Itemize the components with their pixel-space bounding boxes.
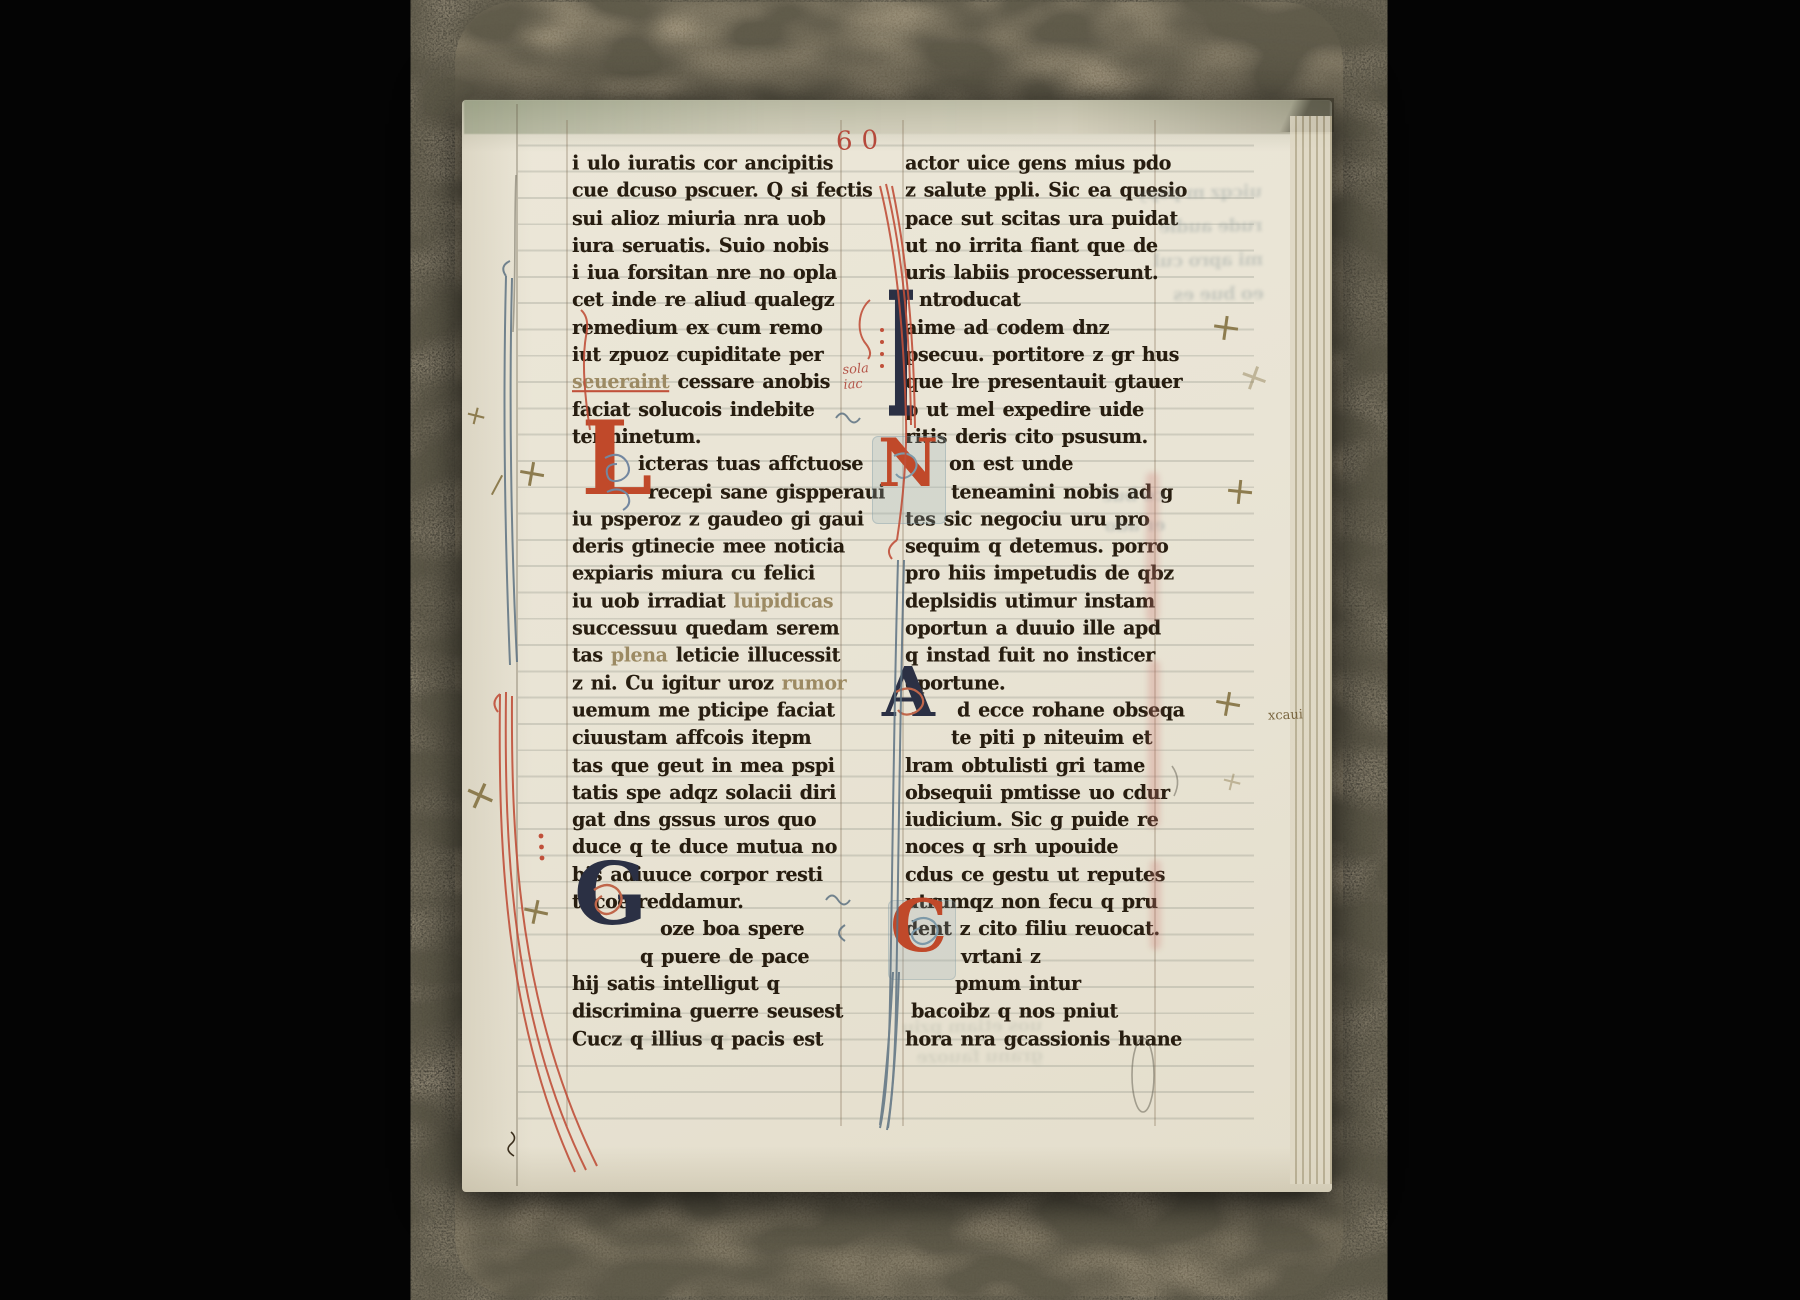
bleedthrough-initial <box>1150 860 1161 950</box>
text-line: pro hiis impetudis de qbz <box>905 562 1157 589</box>
text-line: q instad fuit no insticer <box>905 644 1157 671</box>
margin-cross-icon <box>1212 314 1239 341</box>
illuminated-initial-C: C <box>890 896 947 955</box>
text-line: i ulo iuratis cor ancipitis <box>572 152 840 179</box>
text-line: actor uice gens mius pdo <box>905 152 1157 179</box>
text-line: lram obtulisti gri tame <box>905 754 1157 781</box>
text-line: discrimina guerre seusest <box>572 1000 840 1027</box>
margin-tick-icon <box>491 475 503 495</box>
margin-cross-icon <box>1227 479 1253 505</box>
text-line: sui alioz miuria nra uob <box>572 207 840 234</box>
text-line: tatis spe adqz solacii diri <box>572 781 840 808</box>
text-line: iu uob irradiat luipidicas <box>572 590 840 617</box>
text-line: eo bue es <box>1139 279 1265 315</box>
text-line: tas plena leticie illucessit <box>572 644 840 671</box>
text-line: d ecce rohane obseqa <box>905 699 1157 726</box>
bleedthrough-text: uos etiam pziugranu fauoze <box>901 1015 1043 1077</box>
text-line: ntroducat <box>905 289 1157 316</box>
text-line: iura seruatis. Suio nobis <box>572 234 840 261</box>
text-line: psecuu. portitore z gr hus <box>905 343 1157 370</box>
margin-cross-icon <box>1214 690 1242 718</box>
text-line: oportune. <box>905 672 1157 699</box>
text-line: i iua forsitan nre no opla <box>572 261 840 288</box>
text-line: deplsidis utimur instam <box>905 590 1157 617</box>
text-line: pace sut scitas ura puidat <box>905 207 1157 234</box>
bleedthrough-text: uicqz m pspyrude audiemi apro culeo bue … <box>1137 177 1264 315</box>
text-line: p ut mel expedire uide <box>905 398 1157 425</box>
margin-cross-icon <box>466 406 486 426</box>
text-line: aime ad codem dnz <box>905 316 1157 343</box>
illuminated-initial-N: N <box>878 436 938 490</box>
manuscript-photo-scene: 60 i ulo iuratis cor ancipitiscue dcuso … <box>0 0 1800 1300</box>
text-line: iut zpuoz cupiditate per <box>572 343 840 370</box>
gutter-gloss: sola iac <box>842 361 870 393</box>
margin-cross-icon <box>518 460 546 488</box>
illuminated-initial-I: I <box>886 286 916 428</box>
text-line: z salute ppli. Sic ea quesio <box>905 179 1157 206</box>
text-line: uicqz m pspy <box>1137 177 1263 213</box>
gloss-line: sola <box>842 361 869 378</box>
text-line: obsequii pmtisse uo cdur <box>905 781 1157 808</box>
margin-cross-icon <box>522 898 550 926</box>
text-line: expiaris miura cu felici <box>572 562 840 589</box>
folio-number: 60 <box>835 125 887 157</box>
text-line: granu fauoze <box>902 1045 1043 1077</box>
text-line: deris gtinecie mee noticia <box>572 535 840 562</box>
text-line: successuu quedam serem <box>572 617 840 644</box>
text-line: mi apro cul <box>1138 245 1264 281</box>
bleedthrough-text: um ausso re <box>612 1027 730 1059</box>
illuminated-initial-L: L <box>581 418 653 502</box>
text-line: uos etiam pziu <box>901 1015 1042 1047</box>
text-line: que lre presentauit gtauer <box>905 371 1157 398</box>
gloss-line: iac <box>843 376 870 393</box>
text-line: noces q srh upouide <box>905 836 1157 863</box>
text-line: iudicium. Sic g puide re <box>905 808 1157 835</box>
text-line: q puere de pace <box>572 945 840 972</box>
text-line: rude audie <box>1137 211 1263 247</box>
text-line: cet inde re aliud qualegz <box>572 289 840 316</box>
ruling-vertical <box>566 120 568 1126</box>
book-fore-edge <box>1290 116 1332 1184</box>
margin-cross-icon <box>463 779 498 814</box>
manuscript-page: 60 i ulo iuratis cor ancipitiscue dcuso … <box>462 100 1332 1192</box>
ruling-vertical <box>840 120 842 1126</box>
text-line: seueraint cessare anobis <box>572 371 840 398</box>
fore-edge-note: xcaui <box>1268 707 1303 723</box>
text-line: te piti p niteuim et <box>905 726 1157 753</box>
bleedthrough-initial <box>1148 660 1160 828</box>
text-line: oportun a duuio ille apd <box>905 617 1157 644</box>
text-line: hij satis intelligut q <box>572 972 840 999</box>
text-line: tas que geut in mea pspi <box>572 754 840 781</box>
text-line: z ni. Cu igitur uroz rumor <box>572 672 840 699</box>
illuminated-initial-A: A <box>882 666 935 722</box>
bleedthrough-initial <box>1146 472 1159 622</box>
text-line: ut no irrita fiant que de <box>905 234 1157 261</box>
text-line: uemum me pticipe faciat <box>572 699 840 726</box>
text-line: gat dns gssus uros quo <box>572 808 840 835</box>
text-line: ciuustam affcois itepm <box>572 726 840 753</box>
text-line: cue dcuso pscuer. Q si fectis <box>572 179 840 206</box>
text-line: remedium ex cum remo <box>572 316 840 343</box>
illuminated-initial-G: G <box>574 860 647 931</box>
text-line: um ausso re <box>612 1027 730 1059</box>
text-line: uris labiis processerunt. <box>905 261 1157 288</box>
